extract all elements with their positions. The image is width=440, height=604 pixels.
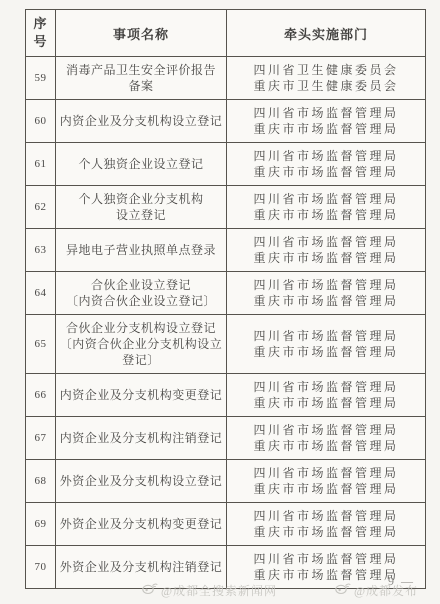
table-row: 64 合伙企业设立登记〔内资合伙企业设立登记〕 四川省市场监督管理局重庆市市场监… — [26, 272, 426, 315]
text-line: 四川省市场监督管理局 — [229, 551, 423, 567]
item-name-cell: 内资企业及分支机构注销登记 — [56, 417, 227, 460]
department-cell: 四川省市场监督管理局重庆市市场监督管理局 — [227, 100, 426, 143]
table-row: 59 消毒产品卫生安全评价报告备案 四川省卫生健康委员会重庆市卫生健康委员会 — [26, 57, 426, 100]
text-line: 重庆市市场监督管理局 — [229, 395, 423, 411]
text-line: 异地电子营业执照单点登录 — [58, 242, 224, 258]
item-name-cell: 个人独资企业设立登记 — [56, 143, 227, 186]
text-line: 四川省卫生健康委员会 — [229, 62, 423, 78]
department-cell: 四川省市场监督管理局重庆市市场监督管理局 — [227, 186, 426, 229]
text-line: 四川省市场监督管理局 — [229, 234, 423, 250]
text-line: 四川省市场监督管理局 — [229, 191, 423, 207]
serial-number-cell: 63 — [26, 229, 56, 272]
approval-items-table: 序号 事项名称 牵头实施部门 59 消毒产品卫生安全评价报告备案 四川省卫生健康… — [25, 9, 426, 589]
header-serial-number: 序号 — [26, 10, 56, 57]
weibo-icon — [141, 582, 158, 599]
text-line: 重庆市市场监督管理局 — [229, 207, 423, 223]
department-cell: 四川省市场监督管理局重庆市市场监督管理局 — [227, 374, 426, 417]
table-row: 66 内资企业及分支机构变更登记 四川省市场监督管理局重庆市市场监督管理局 — [26, 374, 426, 417]
text-line: 〔内资合伙企业设立登记〕 — [58, 293, 224, 309]
table-row: 60 内资企业及分支机构设立登记 四川省市场监督管理局重庆市市场监督管理局 — [26, 100, 426, 143]
department-cell: 四川省市场监督管理局重庆市市场监督管理局 — [227, 460, 426, 503]
table-row: 69 外资企业及分支机构变更登记 四川省市场监督管理局重庆市市场监督管理局 — [26, 503, 426, 546]
serial-number-cell: 59 — [26, 57, 56, 100]
text-line: 四川省市场监督管理局 — [229, 422, 423, 438]
serial-number-cell: 69 — [26, 503, 56, 546]
serial-number-cell: 67 — [26, 417, 56, 460]
text-line: 四川省市场监督管理局 — [229, 105, 423, 121]
serial-number-cell: 64 — [26, 272, 56, 315]
watermark-left-text: @成都全搜索新闻网 — [161, 582, 277, 599]
text-line: 合伙企业分支机构设立登记 — [58, 320, 224, 336]
text-line: 四川省市场监督管理局 — [229, 277, 423, 293]
item-name-cell: 合伙企业分支机构设立登记〔内资合伙企业分支机构设立登记〕 — [56, 315, 227, 374]
text-line: 重庆市市场监督管理局 — [229, 524, 423, 540]
table-body: 59 消毒产品卫生安全评价报告备案 四川省卫生健康委员会重庆市卫生健康委员会 6… — [26, 57, 426, 589]
item-name-cell: 个人独资企业分支机构设立登记 — [56, 186, 227, 229]
text-line: 重庆市市场监督管理局 — [229, 121, 423, 137]
text-line: 外资企业及分支机构设立登记 — [58, 473, 224, 489]
item-name-cell: 内资企业及分支机构变更登记 — [56, 374, 227, 417]
page-footer: @成都全搜索新闻网 @成都发布 9 — — [0, 578, 440, 602]
item-name-cell: 异地电子营业执照单点登录 — [56, 229, 227, 272]
text-line: 重庆市市场监督管理局 — [229, 250, 423, 266]
department-cell: 四川省市场监督管理局重庆市市场监督管理局 — [227, 315, 426, 374]
text-line: 重庆市市场监督管理局 — [229, 164, 423, 180]
item-name-cell: 内资企业及分支机构设立登记 — [56, 100, 227, 143]
text-line: 备案 — [58, 78, 224, 94]
header-lead-department: 牵头实施部门 — [227, 10, 426, 57]
serial-number-cell: 62 — [26, 186, 56, 229]
item-name-cell: 外资企业及分支机构变更登记 — [56, 503, 227, 546]
table-row: 68 外资企业及分支机构设立登记 四川省市场监督管理局重庆市市场监督管理局 — [26, 460, 426, 503]
table-header-row: 序号 事项名称 牵头实施部门 — [26, 10, 426, 57]
header-item-name: 事项名称 — [56, 10, 227, 57]
text-line: 四川省市场监督管理局 — [229, 148, 423, 164]
text-line: 四川省市场监督管理局 — [229, 508, 423, 524]
serial-number-cell: 61 — [26, 143, 56, 186]
department-cell: 四川省市场监督管理局重庆市市场监督管理局 — [227, 229, 426, 272]
text-line: 内资企业及分支机构变更登记 — [58, 387, 224, 403]
table-row: 61 个人独资企业设立登记 四川省市场监督管理局重庆市市场监督管理局 — [26, 143, 426, 186]
text-line: 重庆市市场监督管理局 — [229, 344, 423, 360]
department-cell: 四川省卫生健康委员会重庆市卫生健康委员会 — [227, 57, 426, 100]
watermark-left: @成都全搜索新闻网 — [141, 582, 277, 599]
text-line: 重庆市市场监督管理局 — [229, 293, 423, 309]
department-cell: 四川省市场监督管理局重庆市市场监督管理局 — [227, 417, 426, 460]
item-name-cell: 消毒产品卫生安全评价报告备案 — [56, 57, 227, 100]
text-line: 设立登记 — [58, 207, 224, 223]
document-page: 序号 事项名称 牵头实施部门 59 消毒产品卫生安全评价报告备案 四川省卫生健康… — [0, 0, 440, 604]
serial-number-cell: 60 — [26, 100, 56, 143]
text-line: 四川省市场监督管理局 — [229, 328, 423, 344]
header-serial-number-label: 序号 — [33, 15, 47, 51]
text-line: 四川省市场监督管理局 — [229, 465, 423, 481]
department-cell: 四川省市场监督管理局重庆市市场监督管理局 — [227, 143, 426, 186]
text-line: 个人独资企业分支机构 — [58, 191, 224, 207]
table-row: 65 合伙企业分支机构设立登记〔内资合伙企业分支机构设立登记〕 四川省市场监督管… — [26, 315, 426, 374]
text-line: 重庆市市场监督管理局 — [229, 438, 423, 454]
text-line: 重庆市市场监督管理局 — [229, 481, 423, 497]
text-line: 四川省市场监督管理局 — [229, 379, 423, 395]
text-line: 外资企业及分支机构注销登记 — [58, 559, 224, 575]
page-number: 9 — — [388, 574, 415, 589]
text-line: 登记〕 — [58, 352, 224, 368]
serial-number-cell: 65 — [26, 315, 56, 374]
text-line: 〔内资合伙企业分支机构设立 — [58, 336, 224, 352]
serial-number-cell: 66 — [26, 374, 56, 417]
table-row: 62 个人独资企业分支机构设立登记 四川省市场监督管理局重庆市市场监督管理局 — [26, 186, 426, 229]
weibo-icon — [334, 582, 351, 599]
department-cell: 四川省市场监督管理局重庆市市场监督管理局 — [227, 272, 426, 315]
text-line: 个人独资企业设立登记 — [58, 156, 224, 172]
item-name-cell: 合伙企业设立登记〔内资合伙企业设立登记〕 — [56, 272, 227, 315]
text-line: 内资企业及分支机构设立登记 — [58, 113, 224, 129]
text-line: 合伙企业设立登记 — [58, 277, 224, 293]
text-line: 外资企业及分支机构变更登记 — [58, 516, 224, 532]
table-row: 67 内资企业及分支机构注销登记 四川省市场监督管理局重庆市市场监督管理局 — [26, 417, 426, 460]
table-row: 63 异地电子营业执照单点登录 四川省市场监督管理局重庆市市场监督管理局 — [26, 229, 426, 272]
serial-number-cell: 68 — [26, 460, 56, 503]
item-name-cell: 外资企业及分支机构设立登记 — [56, 460, 227, 503]
department-cell: 四川省市场监督管理局重庆市市场监督管理局 — [227, 503, 426, 546]
text-line: 内资企业及分支机构注销登记 — [58, 430, 224, 446]
text-line: 消毒产品卫生安全评价报告 — [58, 62, 224, 78]
text-line: 重庆市卫生健康委员会 — [229, 78, 423, 94]
